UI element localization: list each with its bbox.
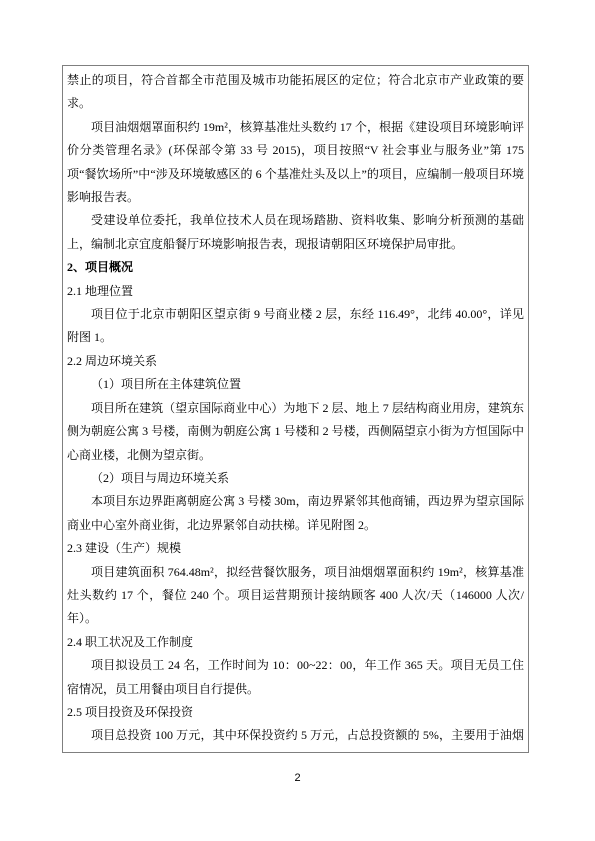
list-item-heading: （2）项目与周边环境关系 [67,467,524,490]
sub-heading: 2.4 职工状况及工作制度 [67,631,524,654]
body-paragraph: 项目所在建筑（望京国际商业中心）为地下 2 层、地上 7 层结构商业用房，建筑东… [67,397,524,467]
sub-heading: 2.5 项目投资及环保投资 [67,701,524,724]
sub-heading: 2.3 建设（生产）规模 [67,537,524,560]
body-paragraph: 项目油烟烟罩面积约 19m²，核算基准灶头数约 17 个，根据《建设项目环境影响… [67,116,524,210]
sub-heading: 2.2 周边环境关系 [67,350,524,373]
page-number: 2 [0,770,595,786]
report-form-cell: 禁止的项目，符合首都全市范围及城市功能拓展区的定位；符合北京市产业政策的要求。 … [62,65,529,753]
document-page: 禁止的项目，符合首都全市范围及城市功能拓展区的定位；符合北京市产业政策的要求。 … [0,0,595,841]
section-heading: 2、项目概况 [67,256,524,279]
body-paragraph: 项目位于北京市朝阳区望京街 9 号商业楼 2 层，东经 116.49°，北纬 4… [67,303,524,350]
body-paragraph: 项目拟设员工 24 名，工作时间为 10：00~22：00，年工作 365 天。… [67,654,524,701]
body-paragraph: 禁止的项目，符合首都全市范围及城市功能拓展区的定位；符合北京市产业政策的要求。 [67,69,524,116]
body-paragraph: 项目建筑面积 764.48m²，拟经营餐饮服务，项目油烟烟罩面积约 19m²，核… [67,561,524,631]
body-paragraph: 项目总投资 100 万元，其中环保投资约 5 万元，占总投资额的 5%，主要用于… [67,724,524,753]
list-item-heading: （1）项目所在主体建筑位置 [67,373,524,396]
body-paragraph: 本项目东边界距离朝庭公寓 3 号楼 30m，南边界紧邻其他商铺，西边界为望京国际… [67,490,524,537]
sub-heading: 2.1 地理位置 [67,280,524,303]
body-paragraph: 受建设单位委托，我单位技术人员在现场踏勘、资料收集、影响分析预测的基础上，编制北… [67,209,524,256]
